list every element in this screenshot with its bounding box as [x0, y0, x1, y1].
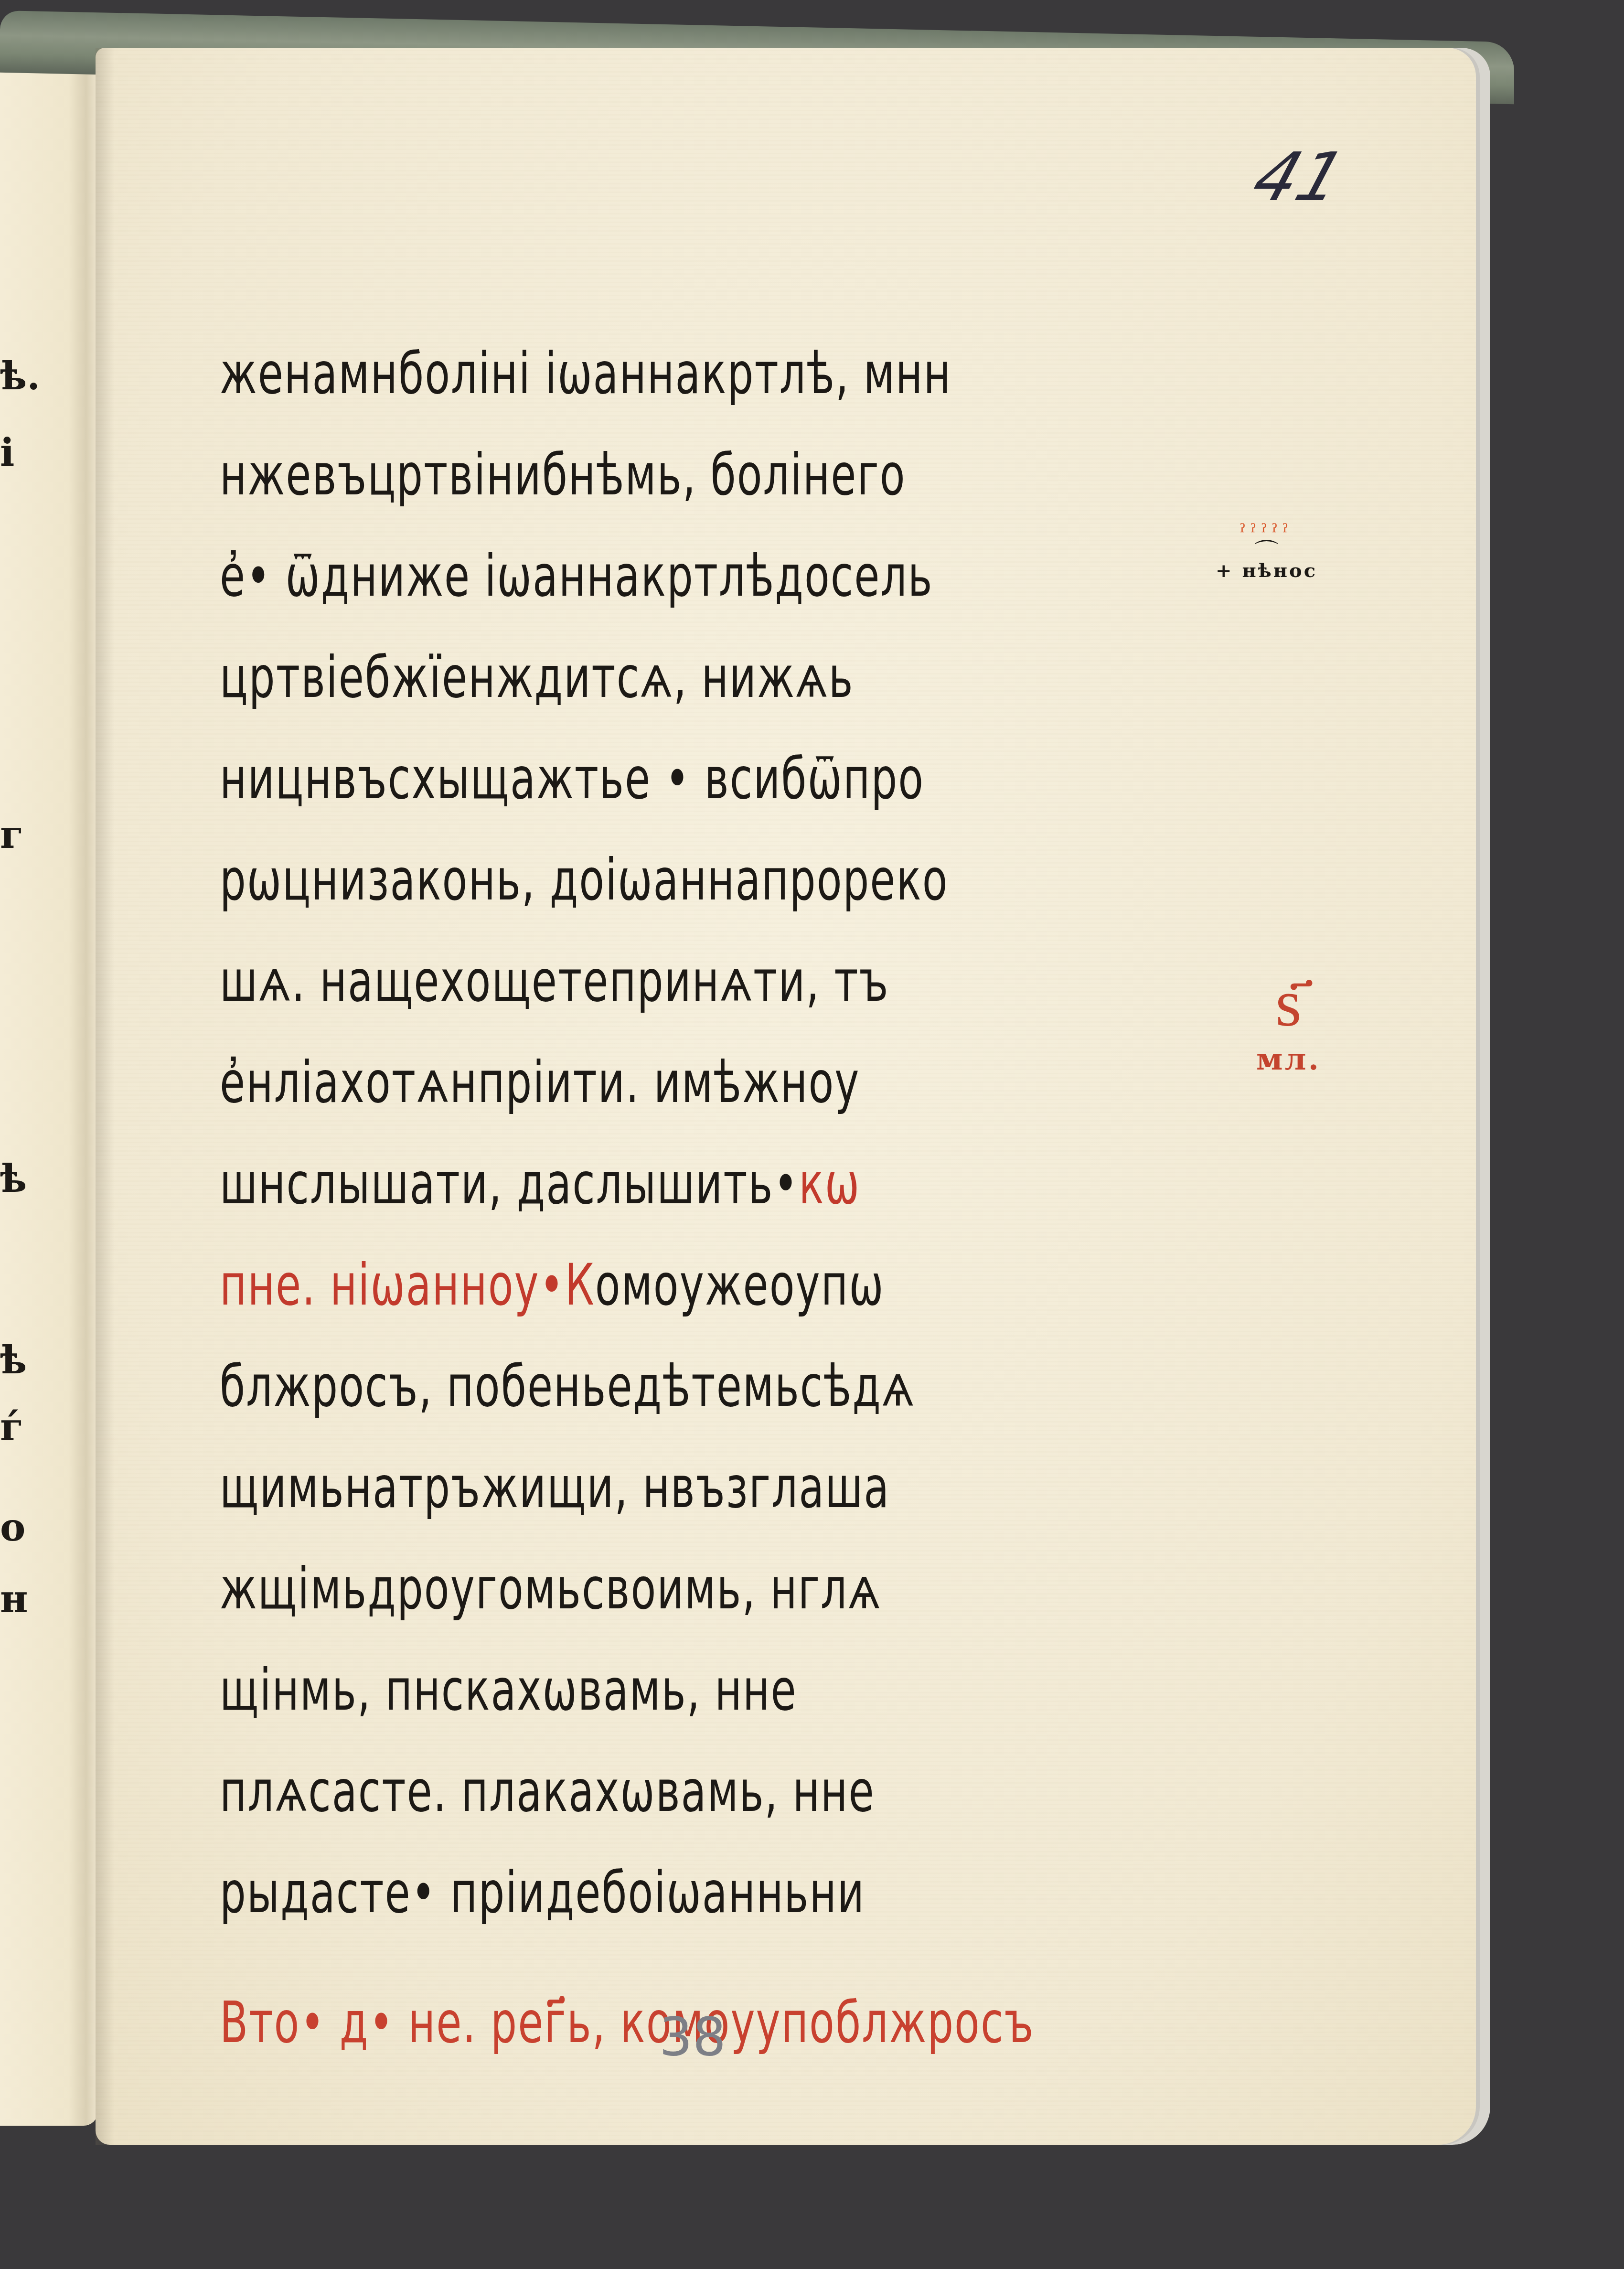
pencil-page-number: 38	[659, 2006, 726, 2067]
margin-note-insertion: ˀˀˀˀˀ ⌒ + нѣнос	[1216, 521, 1317, 582]
spine-shadow	[96, 48, 115, 2145]
left-page-fragment: ѣ	[0, 1156, 27, 1201]
left-page-fragment: н	[0, 1576, 28, 1621]
left-page-fragment: і	[0, 430, 14, 475]
text-line: рыдасте• пріидебоіѡанньни	[220, 1799, 1127, 1926]
lection-numeral: ѕ҃	[1256, 965, 1321, 1041]
left-page-fragment: ѓ	[0, 1404, 23, 1449]
left-page-fragment: ѣ.	[0, 353, 40, 398]
left-page-fragment: ѣ	[0, 1338, 27, 1382]
margin-note-lection-number: ѕ҃ мл.	[1256, 965, 1321, 1077]
left-page-fragment: г	[0, 812, 23, 857]
left-page-fragment: о	[0, 1505, 25, 1550]
lection-label: мл.	[1256, 1041, 1321, 1077]
text-segment: рыдасте• пріидебоіѡанньни	[220, 1859, 865, 1926]
main-text-block: женамнболіні іѡаннакртлѣ, мнннжевъцртвін…	[220, 306, 1127, 2056]
margin-note-text: + нѣнос	[1216, 559, 1317, 582]
titlo-arc-icon: ⌒	[1216, 545, 1317, 559]
